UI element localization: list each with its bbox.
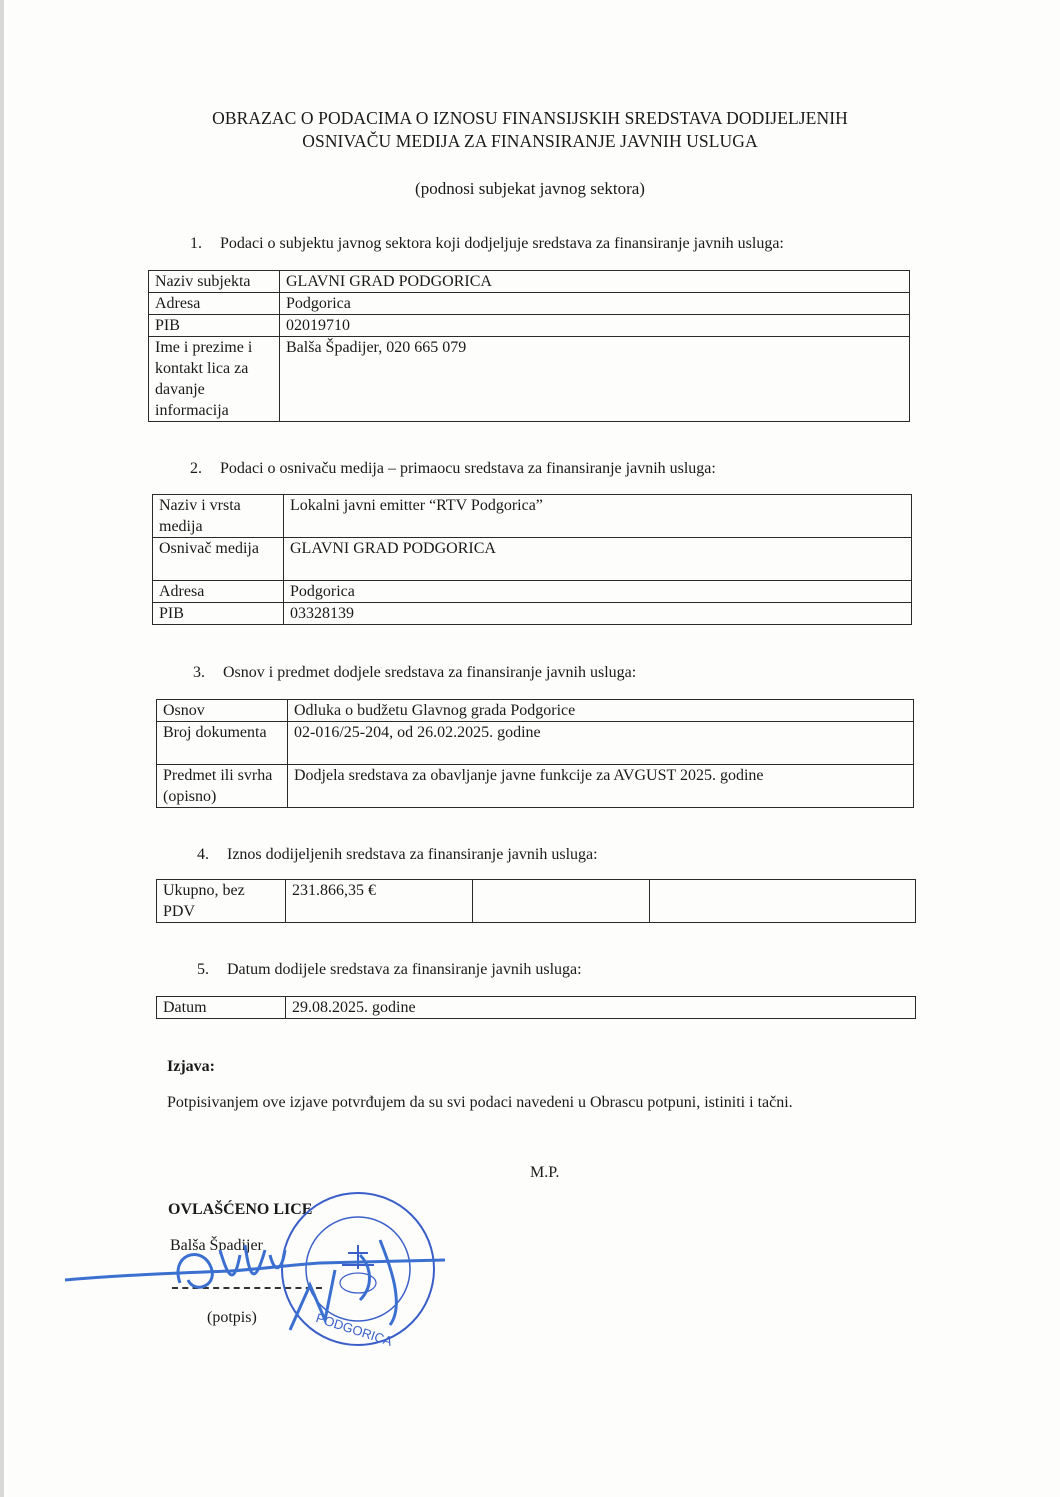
form-title-line1: OBRAZAC O PODACIMA O IZNOSU FINANSIJSKIH…: [0, 107, 1060, 130]
handwritten-signature-icon: [60, 1225, 460, 1345]
table-row: Predmet ili svrha (opisno)Dodjela sredst…: [157, 765, 914, 808]
section2-heading: 2.Podaci o osnivaču medija – primaocu sr…: [190, 460, 716, 478]
section-number: 5.: [197, 961, 227, 979]
row-value: 02019710: [280, 315, 910, 337]
table-row: OsnovOdluka o budžetu Glavnog grada Podg…: [157, 700, 914, 722]
table-row: AdresaPodgorica: [153, 581, 912, 603]
row-label: Naziv i vrsta medija: [153, 495, 284, 538]
section-heading-text: Osnov i predmet dodjele sredstava za fin…: [223, 664, 636, 681]
row-label: Ime i prezime i kontakt lica za davanje …: [149, 337, 280, 422]
table-row: Naziv subjektaGLAVNI GRAD PODGORICA: [149, 271, 910, 293]
row-label: PIB: [153, 603, 284, 625]
table-row: Naziv i vrsta medijaLokalni javni emitte…: [153, 495, 912, 538]
statement-heading: Izjava:: [167, 1058, 215, 1076]
row-value: Podgorica: [284, 581, 912, 603]
form-subtitle: (podnosi subjekat javnog sektora): [0, 179, 1060, 199]
form-title-line2: OSNIVAČU MEDIJA ZA FINANSIRANJE JAVNIH U…: [0, 130, 1060, 153]
row-value: Dodjela sredstava za obavljanje javne fu…: [288, 765, 914, 808]
row-value: GLAVNI GRAD PODGORICA: [284, 538, 912, 581]
section-number: 1.: [190, 235, 220, 253]
section4-table: Ukupno, bez PDV 231.866,35 €: [156, 879, 916, 923]
statement-text: Potpisivanjem ove izjave potvrđujem da s…: [167, 1094, 793, 1112]
section3-table: OsnovOdluka o budžetu Glavnog grada Podg…: [156, 699, 914, 808]
row-label: Datum: [157, 997, 286, 1019]
row-label: PIB: [149, 315, 280, 337]
empty-cell: [650, 880, 916, 923]
table-row: Broj dokumenta02-016/25-204, od 26.02.20…: [157, 722, 914, 765]
section-heading-text: Datum dodijele sredstava za finansiranje…: [227, 961, 582, 978]
row-value: Podgorica: [280, 293, 910, 315]
section-heading-text: Podaci o subjektu javnog sektora koji do…: [220, 235, 784, 252]
section4-heading: 4.Iznos dodijeljenih sredstava za finans…: [197, 846, 598, 864]
empty-cell: [473, 880, 650, 923]
section-heading-text: Iznos dodijeljenih sredstava za finansir…: [227, 846, 598, 863]
section-heading-text: Podaci o osnivaču medija – primaocu sred…: [220, 460, 716, 477]
row-value: GLAVNI GRAD PODGORICA: [280, 271, 910, 293]
row-label: Osnov: [157, 700, 288, 722]
row-value: 03328139: [284, 603, 912, 625]
section-number: 2.: [190, 460, 220, 478]
row-label: Predmet ili svrha (opisno): [157, 765, 288, 808]
row-label: Adresa: [149, 293, 280, 315]
row-label: Broj dokumenta: [157, 722, 288, 765]
section-number: 4.: [197, 846, 227, 864]
row-label: Ukupno, bez PDV: [157, 880, 286, 923]
table-row: PIB02019710: [149, 315, 910, 337]
row-label: Osnivač medija: [153, 538, 284, 581]
row-value: 02-016/25-204, od 26.02.2025. godine: [288, 722, 914, 765]
table-row: PIB03328139: [153, 603, 912, 625]
date-value: 29.08.2025. godine: [286, 997, 916, 1019]
row-value: Odluka o budžetu Glavnog grada Podgorice: [288, 700, 914, 722]
table-row: Datum29.08.2025. godine: [157, 997, 916, 1019]
section5-heading: 5.Datum dodijele sredstava za finansiran…: [197, 961, 582, 979]
section1-table: Naziv subjektaGLAVNI GRAD PODGORICA Adre…: [148, 270, 910, 422]
table-row: Ime i prezime i kontakt lica za davanje …: [149, 337, 910, 422]
table-row: Ukupno, bez PDV 231.866,35 €: [157, 880, 916, 923]
section1-heading: 1.Podaci o subjektu javnog sektora koji …: [190, 235, 784, 253]
section5-table: Datum29.08.2025. godine: [156, 996, 916, 1019]
table-row: AdresaPodgorica: [149, 293, 910, 315]
row-label: Naziv subjekta: [149, 271, 280, 293]
amount-value: 231.866,35 €: [286, 880, 473, 923]
scan-edge: [0, 0, 4, 1497]
row-label: Adresa: [153, 581, 284, 603]
row-value: Lokalni javni emitter “RTV Podgorica”: [284, 495, 912, 538]
section3-heading: 3.Osnov i predmet dodjele sredstava za f…: [193, 664, 636, 682]
seal-placeholder: M.P.: [530, 1164, 559, 1182]
table-row: Osnivač medijaGLAVNI GRAD PODGORICA: [153, 538, 912, 581]
section2-table: Naziv i vrsta medijaLokalni javni emitte…: [152, 494, 912, 625]
section-number: 3.: [193, 664, 223, 682]
row-value: Balša Špadijer, 020 665 079: [280, 337, 910, 422]
